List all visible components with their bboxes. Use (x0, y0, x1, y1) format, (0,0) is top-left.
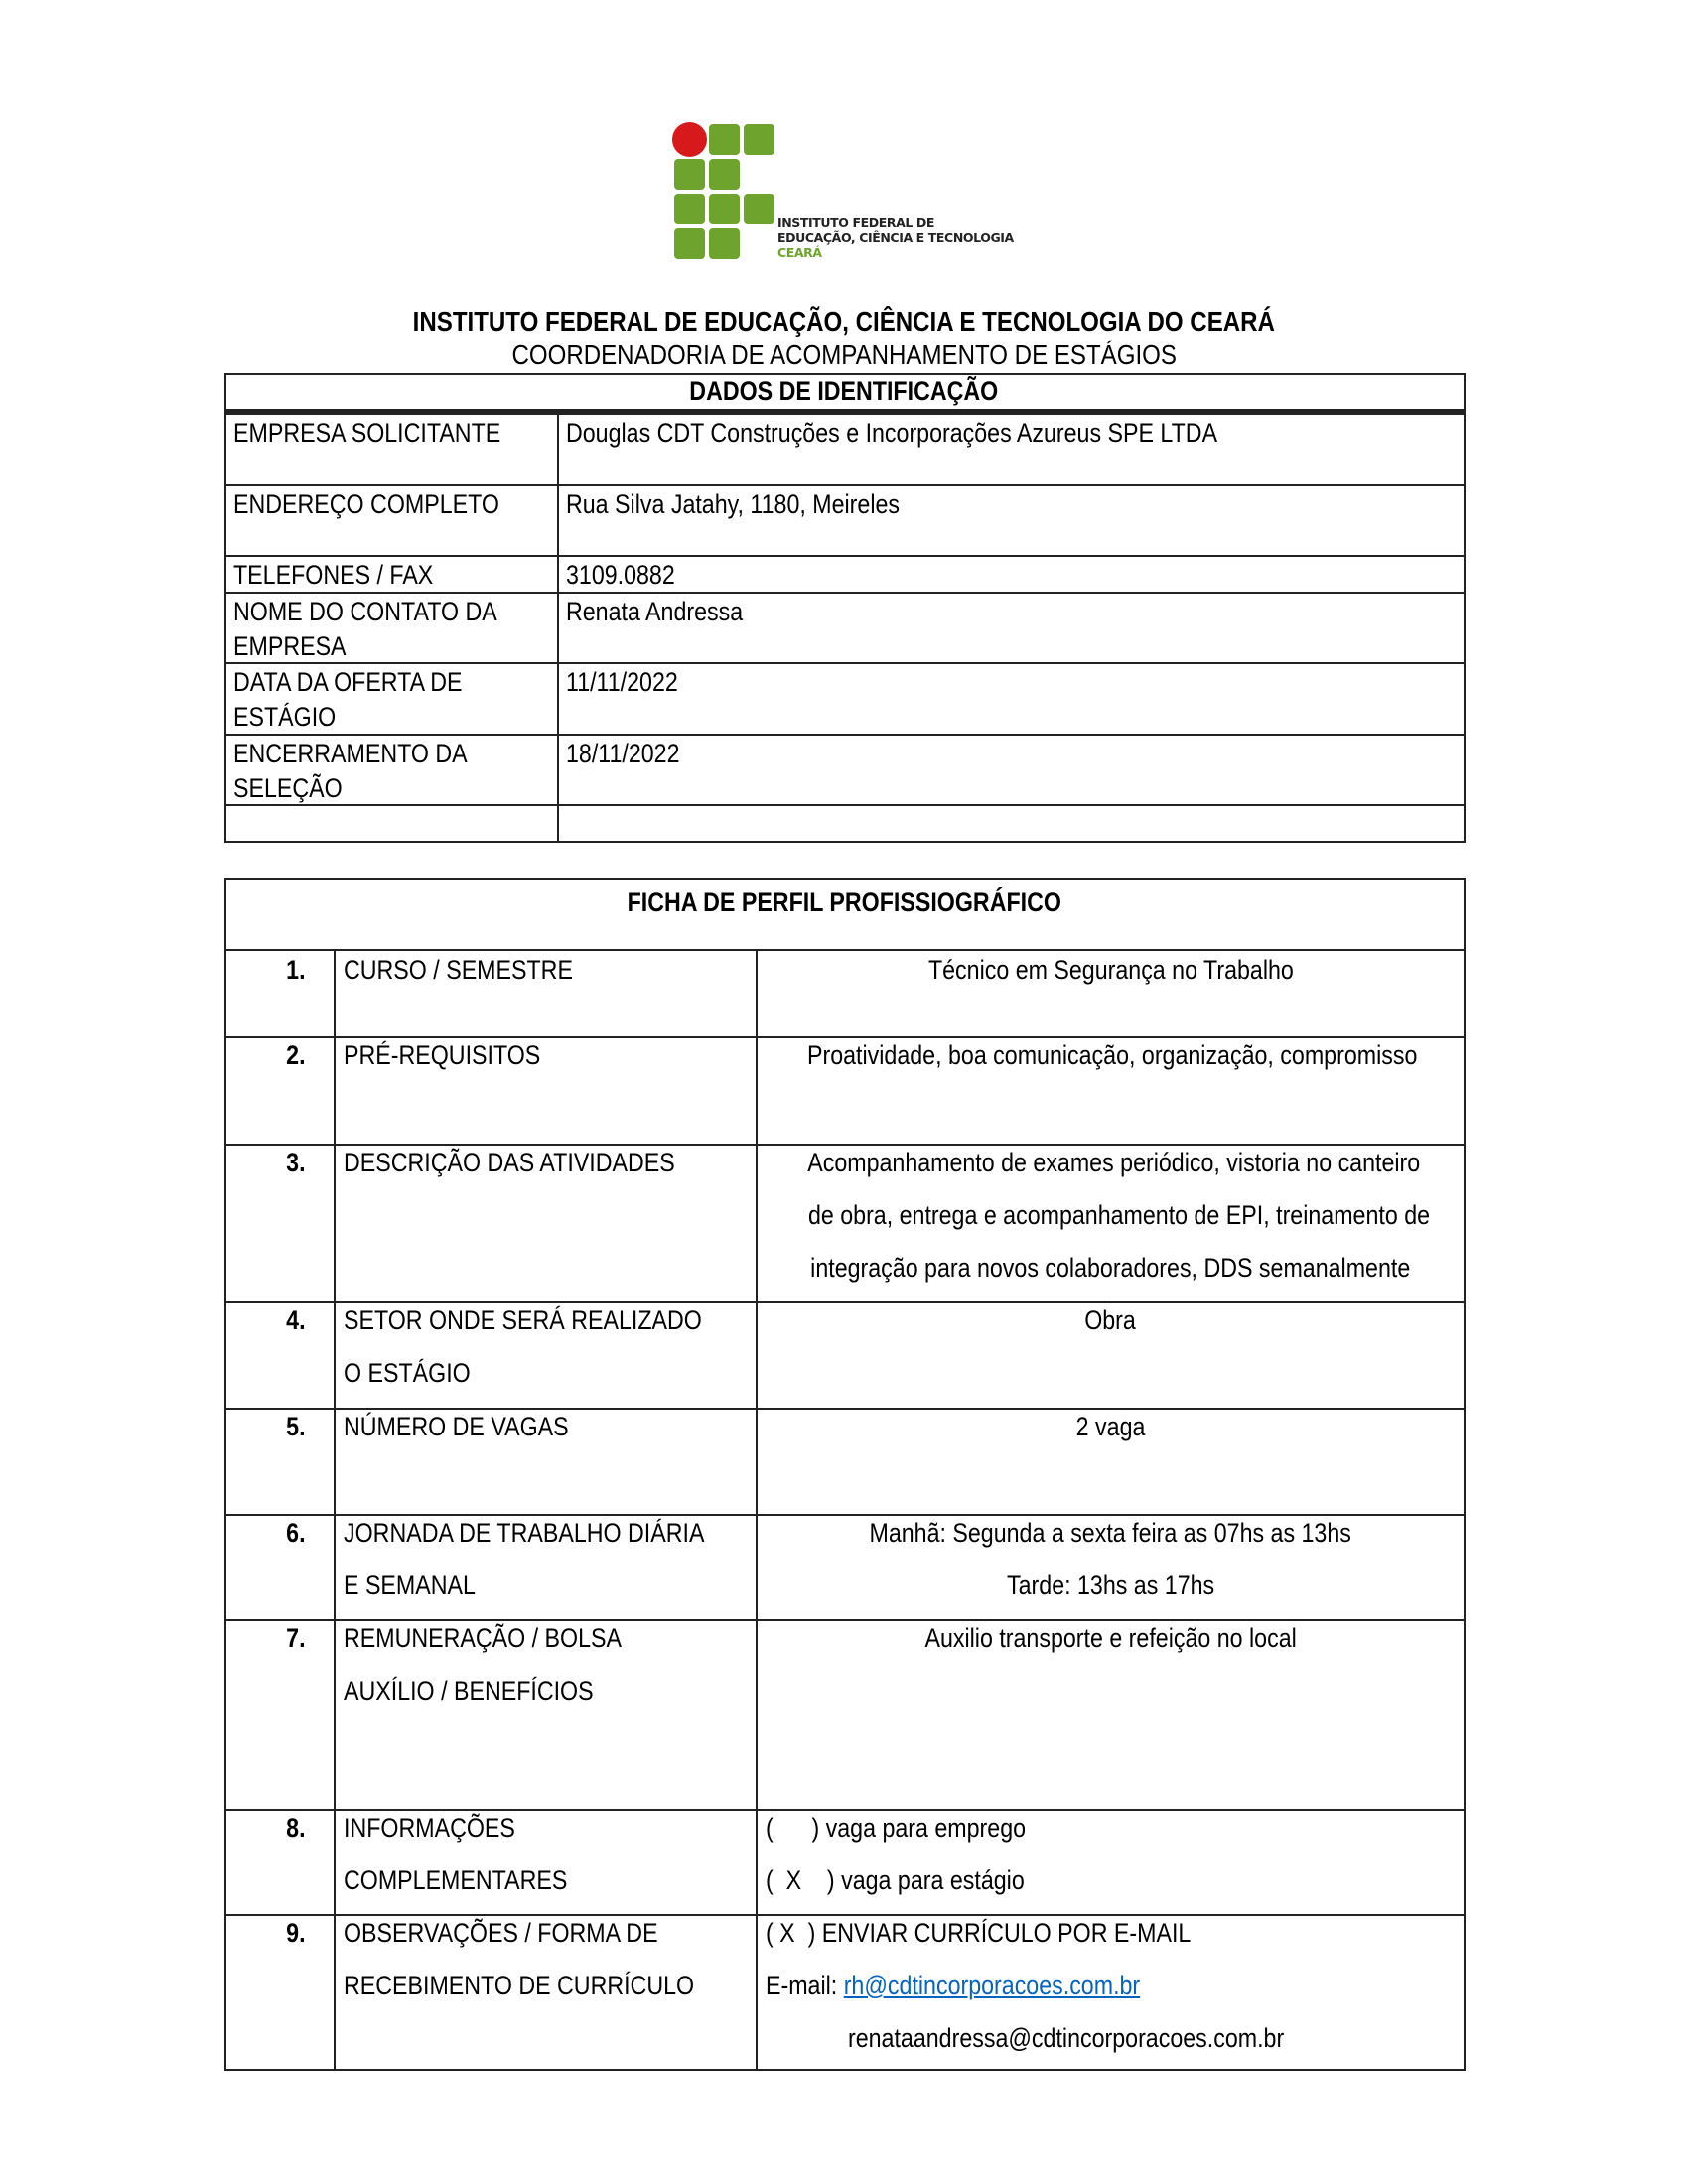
row-label-value: NÚMERO DE VAGAS (344, 1410, 569, 1444)
table-border (224, 2069, 1466, 2071)
send-cv-option: ( X ) ENVIAR CURRÍCULO POR E-MAIL (766, 1916, 1260, 1951)
row-label: O ESTÁGIO (344, 1356, 492, 1391)
field-value-value: 11/11/2022 (566, 665, 678, 700)
field-value: 11/11/2022 (566, 665, 696, 700)
table-border (224, 734, 1466, 736)
field-value-value: 3109.0882 (566, 558, 675, 593)
row-number: 4. (224, 1303, 306, 1338)
institution-logo: INSTITUTO FEDERAL DE EDUCAÇÃO, CIÊNCIA E… (674, 124, 1032, 273)
table-border (1464, 878, 1466, 2071)
row-number: 6. (224, 1516, 306, 1551)
institution-title: INSTITUTO FEDERAL DE EDUCAÇÃO, CIÊNCIA E… (0, 306, 1688, 338)
row-label-value: E SEMANAL (344, 1569, 476, 1603)
row-label: COMPLEMENTARES (344, 1863, 604, 1898)
field-label: SELEÇÃO (233, 771, 360, 806)
logo-square (709, 124, 740, 155)
table-border (224, 409, 1466, 415)
email-line: E-mail: rh@cdtincorporacoes.com.br (766, 1969, 1201, 2003)
row-label-value: AUXÍLIO / BENEFÍCIOS (344, 1674, 594, 1708)
row-value-value: Manhã: Segunda a sexta feira as 07hs as … (870, 1516, 1351, 1551)
field-label-value: NOME DO CONTATO DA (233, 595, 497, 629)
row-label-value: REMUNERAÇÃO / BOLSA (344, 1621, 622, 1656)
table-border (224, 841, 1466, 843)
row-number-value: 1. (287, 953, 306, 988)
field-value: 3109.0882 (566, 558, 693, 593)
logo-square (709, 159, 740, 190)
table-border (1464, 373, 1466, 843)
info-option: ( X ) vaga para estágio (766, 1863, 1066, 1898)
option-label: vaga para estágio (841, 1865, 1025, 1895)
table-border (557, 415, 559, 843)
field-value-value: Renata Andressa (566, 595, 743, 629)
identification-title-value: DADOS DE IDENTIFICAÇÃO (690, 374, 999, 408)
field-value: Rua Silva Jatahy, 1180, Meireles (566, 487, 954, 522)
row-number: 3. (224, 1146, 306, 1180)
field-label: ESTÁGIO (233, 700, 352, 735)
field-value-value: Douglas CDT Construções e Incorporações … (566, 416, 1217, 451)
row-number-value: 4. (287, 1303, 306, 1338)
field-value-value: 18/11/2022 (566, 737, 680, 771)
table-border (224, 949, 1466, 951)
row-value: Proatividade, boa comunicação, organizaç… (758, 1038, 1464, 1073)
field-value: Renata Andressa (566, 595, 772, 629)
logo-square (674, 228, 705, 259)
row-number: 7. (224, 1621, 306, 1656)
table-border (224, 878, 1466, 880)
row-value: integração para novos colaboradores, DDS… (758, 1251, 1464, 1286)
row-value-value: Auxilio transporte e refeição no local (924, 1621, 1296, 1656)
logo-red-circle (672, 122, 707, 157)
send-cv-option-text[interactable]: ( X ) ENVIAR CURRÍCULO POR E-MAIL (766, 1916, 1191, 1951)
row-number-value: 9. (287, 1916, 306, 1951)
field-label: ENDEREÇO COMPLETO (233, 487, 543, 522)
logo-square (674, 159, 705, 190)
row-label-value: RECEBIMENTO DE CURRÍCULO (344, 1969, 694, 2003)
field-label: NOME DO CONTATO DA (233, 595, 540, 629)
table-border (224, 555, 1466, 557)
field-label-value: TELEFONES / FAX (233, 558, 433, 593)
logo-square (709, 194, 740, 224)
field-label: DATA DA OFERTA DE (233, 665, 499, 700)
row-number: 8. (224, 1811, 306, 1845)
logo-square (744, 124, 774, 155)
row-number: 9. (224, 1916, 306, 1951)
row-label: REMUNERAÇÃO / BOLSA (344, 1621, 667, 1656)
row-value-value: Tarde: 13hs as 17hs (1007, 1569, 1214, 1603)
identification-title: DADOS DE IDENTIFICAÇÃO (224, 374, 1464, 408)
row-value: de obra, entrega e acompanhamento de EPI… (758, 1198, 1464, 1233)
row-number-value: 2. (287, 1038, 306, 1073)
field-label-value: DATA DA OFERTA DE (233, 665, 463, 700)
row-number: 5. (224, 1410, 306, 1444)
email-label: E-mail: (766, 1971, 844, 2000)
row-value-value: Acompanhamento de exames periódico, vist… (807, 1146, 1420, 1180)
row-label: INFORMAÇÕES (344, 1811, 543, 1845)
row-label-value: JORNADA DE TRABALHO DIÁRIA (344, 1516, 704, 1551)
row-number-value: 7. (287, 1621, 306, 1656)
secondary-email-text: renataandressa@cdtincorporacoes.com.br (848, 2021, 1284, 2056)
table-border (756, 949, 758, 2071)
table-border (224, 662, 1466, 664)
logo-line-3: CEARÁ (777, 245, 1014, 260)
row-value: 2 vaga (758, 1410, 1464, 1444)
row-value: Acompanhamento de exames periódico, vist… (758, 1146, 1464, 1180)
email-line-text: E-mail: rh@cdtincorporacoes.com.br (766, 1969, 1140, 2003)
row-label: DESCRIÇÃO DAS ATIVIDADES (344, 1146, 729, 1180)
field-value-value: Rua Silva Jatahy, 1180, Meireles (566, 487, 900, 522)
row-value-value: Técnico em Segurança no Trabalho (928, 953, 1294, 988)
row-label: CURSO / SEMESTRE (344, 953, 611, 988)
field-label: TELEFONES / FAX (233, 558, 466, 593)
info-option-text: ( X ) vaga para estágio (766, 1863, 1025, 1898)
logo-text: INSTITUTO FEDERAL DE EDUCAÇÃO, CIÊNCIA E… (777, 215, 1014, 260)
row-value: Obra (758, 1303, 1464, 1338)
secondary-email: renataandressa@cdtincorporacoes.com.br (848, 2021, 1355, 2056)
field-label-value: ESTÁGIO (233, 700, 336, 735)
info-option-text: ( ) vaga para emprego (766, 1811, 1026, 1845)
row-value: Tarde: 13hs as 17hs (758, 1569, 1464, 1603)
field-label-value: EMPRESA SOLICITANTE (233, 416, 500, 451)
field-label: ENCERRAMENTO DA (233, 737, 505, 771)
field-label-value: SELEÇÃO (233, 771, 343, 806)
table-border (224, 878, 226, 2071)
row-number-value: 6. (287, 1516, 306, 1551)
row-value-value: integração para novos colaboradores, DDS… (810, 1251, 1410, 1286)
row-number-value: 8. (287, 1811, 306, 1845)
table-border (224, 484, 1466, 486)
field-value: Douglas CDT Construções e Incorporações … (566, 416, 1324, 451)
profile-title: FICHA DE PERFIL PROFISSIOGRÁFICO (224, 886, 1464, 920)
field-label: EMPRESA (233, 629, 364, 664)
field-label-value: ENDEREÇO COMPLETO (233, 487, 499, 522)
row-label-value: COMPLEMENTARES (344, 1863, 567, 1898)
checkbox-unchecked[interactable]: ( ) (766, 1813, 819, 1843)
email-link[interactable]: rh@cdtincorporacoes.com.br (844, 1971, 1140, 2000)
row-value: Manhã: Segunda a sexta feira as 07hs as … (758, 1516, 1464, 1551)
field-label-value: EMPRESA (233, 629, 347, 664)
row-label: PRÉ-REQUISITOS (344, 1038, 573, 1073)
logo-square (709, 228, 740, 259)
field-label-value: ENCERRAMENTO DA (233, 737, 468, 771)
row-value-value: de obra, entrega e acompanhamento de EPI… (808, 1198, 1430, 1233)
row-label: AUXÍLIO / BENEFÍCIOS (344, 1674, 634, 1708)
row-label-value: CURSO / SEMESTRE (344, 953, 573, 988)
row-label-value: DESCRIÇÃO DAS ATIVIDADES (344, 1146, 675, 1180)
row-number-value: 3. (287, 1146, 306, 1180)
row-label: JORNADA DE TRABALHO DIÁRIA (344, 1516, 764, 1551)
table-border (224, 804, 1466, 806)
profile-title-value: FICHA DE PERFIL PROFISSIOGRÁFICO (627, 886, 1060, 920)
field-value: 18/11/2022 (566, 737, 698, 771)
row-value-value: 2 vaga (1076, 1410, 1146, 1444)
row-value: Auxilio transporte e refeição no local (758, 1621, 1464, 1656)
row-label-value: SETOR ONDE SERÁ REALIZADO (344, 1303, 702, 1338)
table-border (224, 373, 226, 843)
logo-line-1: INSTITUTO FEDERAL DE (777, 215, 1014, 230)
checkbox-checked[interactable]: ( X ) (766, 1865, 835, 1895)
table-border (334, 949, 336, 2071)
logo-line-2: EDUCAÇÃO, CIÊNCIA E TECNOLOGIA (777, 230, 1014, 245)
row-label-value: INFORMAÇÕES (344, 1811, 515, 1845)
row-value: Técnico em Segurança no Trabalho (758, 953, 1464, 988)
row-label-value: PRÉ-REQUISITOS (344, 1038, 540, 1073)
logo-square (744, 194, 774, 224)
field-label: EMPRESA SOLICITANTE (233, 416, 544, 451)
row-label: NÚMERO DE VAGAS (344, 1410, 606, 1444)
row-label-value: OBSERVAÇÕES / FORMA DE (344, 1916, 658, 1951)
row-number: 2. (224, 1038, 306, 1073)
row-number-value: 5. (287, 1410, 306, 1444)
row-label: E SEMANAL (344, 1569, 497, 1603)
info-option: ( ) vaga para emprego (766, 1811, 1068, 1845)
row-number: 1. (224, 953, 306, 988)
row-value-value: Proatividade, boa comunicação, organizaç… (807, 1038, 1417, 1073)
row-value-value: Obra (1085, 1303, 1137, 1338)
row-label: SETOR ONDE SERÁ REALIZADO (344, 1303, 761, 1338)
row-label: OBSERVAÇÕES / FORMA DE (344, 1916, 709, 1951)
row-label-value: O ESTÁGIO (344, 1356, 471, 1391)
department-subtitle-text: COORDENADORIA DE ACOMPANHAMENTO DE ESTÁG… (511, 340, 1176, 371)
department-subtitle: COORDENADORIA DE ACOMPANHAMENTO DE ESTÁG… (0, 340, 1688, 371)
logo-square (674, 194, 705, 224)
row-label: RECEBIMENTO DE CURRÍCULO (344, 1969, 752, 2003)
option-label: vaga para emprego (826, 1813, 1026, 1843)
institution-title-text: INSTITUTO FEDERAL DE EDUCAÇÃO, CIÊNCIA E… (413, 306, 1275, 338)
